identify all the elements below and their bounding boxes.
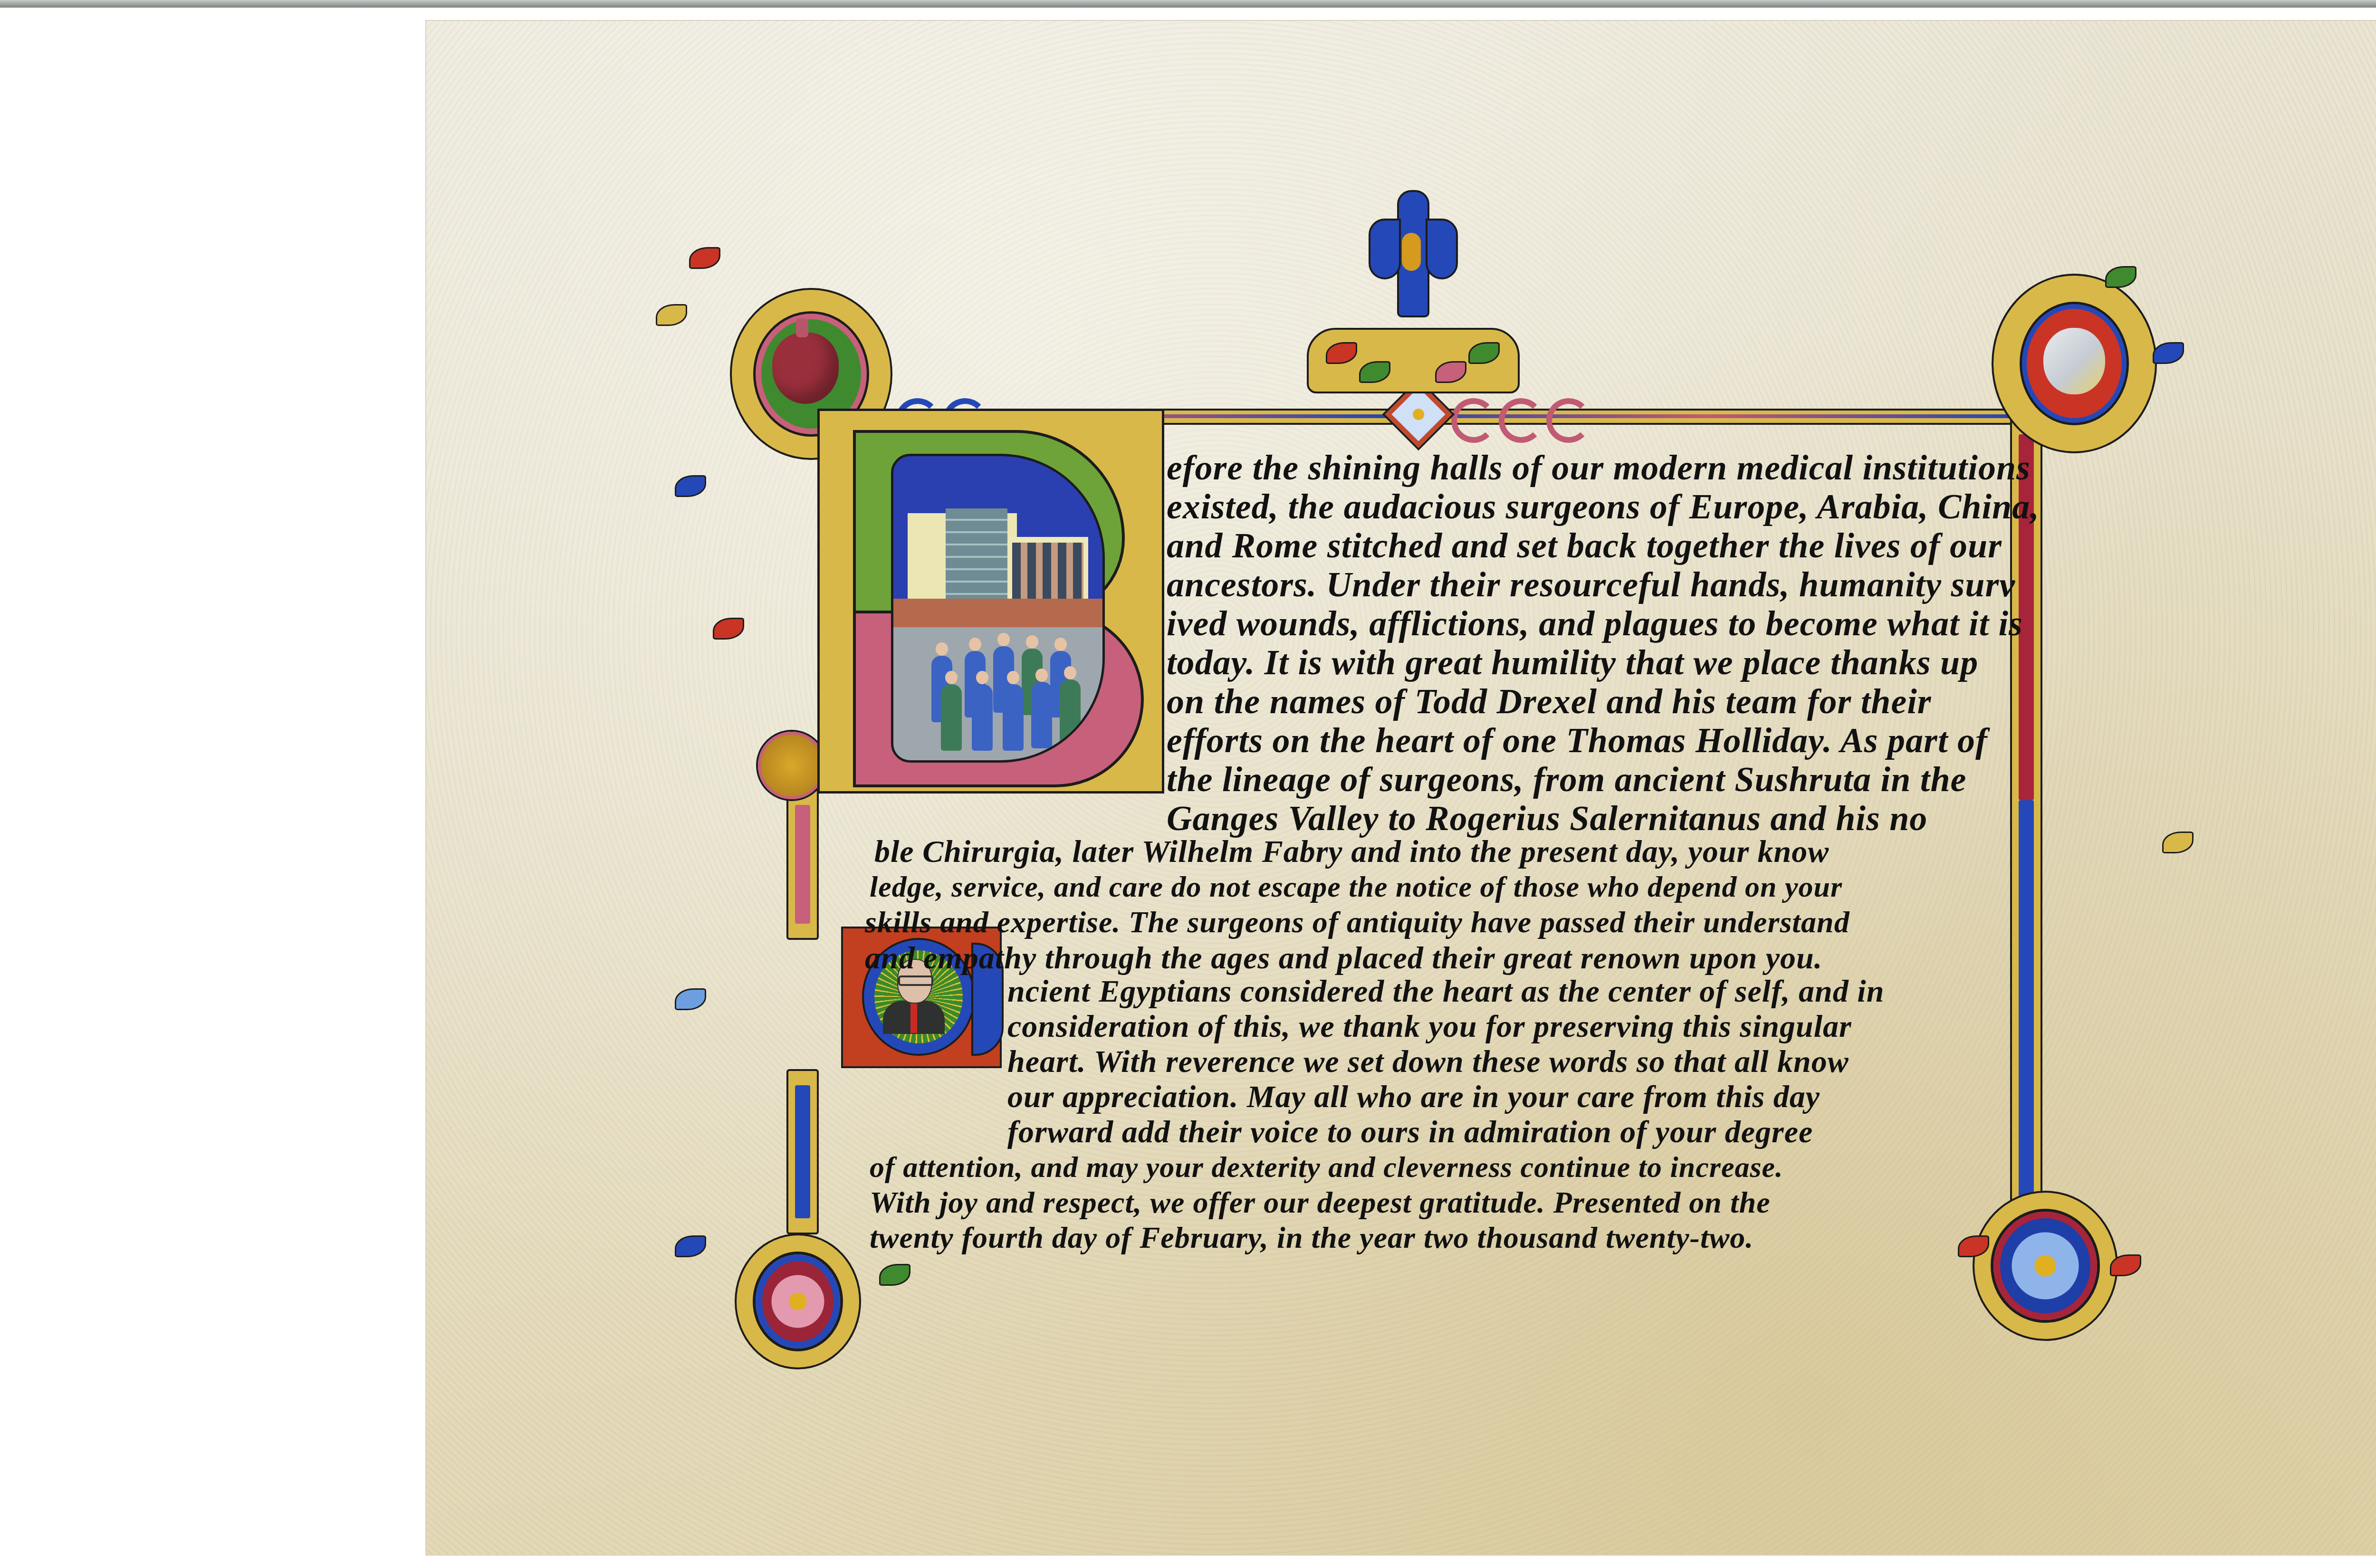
left-border-bar: [786, 1069, 819, 1234]
text-line: ived wounds, afflictions, and plagues to…: [1167, 606, 2023, 641]
right-border-bar: [2010, 418, 2042, 1230]
text-line: today. It is with great humility that we…: [1167, 645, 1978, 680]
text-line: efore the shining halls of our modern me…: [1167, 450, 2031, 486]
text-line: ble Chirurgia, later Wilhelm Fabry and i…: [874, 834, 1829, 870]
text-line: the lineage of surgeons, from ancient Su…: [1167, 762, 1966, 797]
text-line: With joy and respect, we offer our deepe…: [870, 1185, 1771, 1220]
knot-ornament: [1451, 398, 1496, 443]
knot-ornament: [1499, 398, 1543, 443]
border-panel: [2019, 800, 2034, 1214]
text-line: of attention, and may your dexterity and…: [870, 1150, 1783, 1185]
text-line: and Rome stitched and set back together …: [1167, 528, 2002, 564]
hospital-team-miniature: [891, 454, 1105, 763]
blue-rose-medallion: [1993, 1212, 2097, 1320]
text-line: efforts on the heart of one Thomas Holli…: [1167, 723, 1988, 758]
hospital-wing: [1007, 537, 1088, 603]
team-member-figure: [1003, 684, 1024, 751]
text-line: and empathy through the ages and placed …: [865, 941, 1822, 976]
text-line: Ganges Valley to Rogerius Salernitanus a…: [1167, 801, 1927, 836]
left-border-bar: [786, 789, 819, 940]
text-line: existed, the audacious surgeons of Europ…: [1167, 489, 2040, 525]
team-member-figure: [972, 684, 993, 751]
gold-rosette-medallion: [758, 732, 825, 799]
knot-ornament: [1546, 398, 1591, 443]
portrait-tie: [910, 1003, 917, 1033]
team-member-figure: [1060, 679, 1081, 746]
anatomical-heart-icon: [772, 333, 839, 404]
text-line: on the names of Todd Drexel and his team…: [1167, 684, 1932, 719]
pink-rose-medallion: [756, 1254, 840, 1348]
team-member-figure: [1031, 682, 1052, 748]
text-line: consideration of this, we thank you for …: [1007, 1009, 1852, 1044]
team-member-figure: [941, 684, 962, 751]
border-panel: [795, 805, 810, 924]
portrait-glasses: [898, 975, 933, 986]
brick-base: [893, 599, 1102, 627]
fleur-ornament-icon: [1369, 190, 1454, 333]
text-line: ncient Egyptians considered the heart as…: [1007, 974, 1884, 1009]
text-line: forward add their voice to ours in admir…: [1007, 1115, 1813, 1150]
silver-heart-medallion: [2022, 304, 2127, 423]
text-line: ledge, service, and care do not escape t…: [870, 870, 1842, 905]
text-line: ancestors. Under their resourceful hands…: [1167, 567, 2015, 602]
scanner-top-edge: [0, 0, 2376, 8]
text-line: twenty fourth day of February, in the ye…: [870, 1220, 1753, 1255]
border-panel: [795, 1085, 810, 1218]
text-line: our appreciation. May all who are in you…: [1007, 1080, 1820, 1115]
text-line: heart. With reverence we set down these …: [1007, 1044, 1849, 1080]
glass-facade: [946, 508, 1007, 599]
text-line: skills and expertise. The surgeons of an…: [865, 905, 1850, 940]
illuminated-initial-b: [817, 409, 1164, 794]
